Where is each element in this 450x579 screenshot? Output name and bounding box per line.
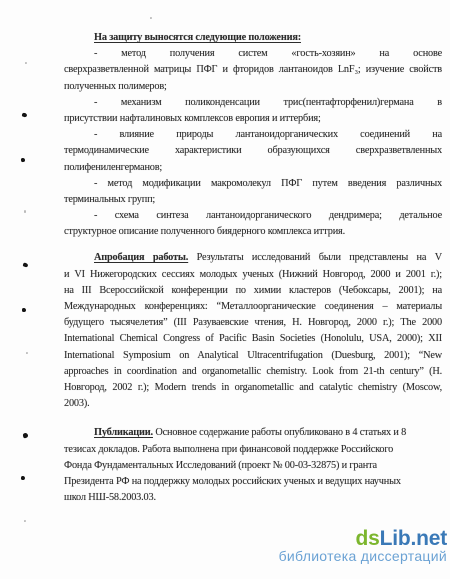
thesis-3-line: полифениленгерманов; — [64, 160, 442, 176]
approbation-line: и VI Нижегородских сессиях молодых учены… — [64, 267, 442, 283]
dslib-watermark: dsLib.net библиотека диссертаций — [279, 528, 447, 564]
publications-line: тезисах докладов. Работа выполнена при ф… — [64, 442, 442, 458]
thesis-5-line: структурное описание полученного биядерн… — [64, 224, 442, 240]
publications-text: Основное содержание работы опубликовано … — [153, 427, 406, 438]
approbation-line: 2003). — [64, 396, 442, 412]
thesis-1-line: сверхразветвленной матрицы ПФГ и фторидо… — [64, 62, 442, 78]
approbation-line: будущего тысячелетия” (III Разуваевские … — [64, 315, 442, 331]
thesis-4-line: - метод модификации макромолекул ПФГ пут… — [64, 176, 442, 192]
approbation-line: на III Всероссийской конференции по хими… — [64, 283, 442, 299]
publications-line: Фонда Фундаментальных Исследований (прое… — [64, 458, 442, 474]
thesis-2-line: - механизм поликонденсации трис(пентафто… — [64, 95, 442, 111]
paragraph-gap — [64, 412, 442, 425]
approbation-text: Результаты исследований были представлен… — [188, 252, 442, 263]
scan-speck — [25, 62, 27, 64]
page-text-block: На защиту выносятся следующие положения:… — [64, 30, 442, 506]
approbation-line: Международных конференциях: “Металлоорга… — [64, 299, 442, 315]
scan-speck — [21, 158, 26, 163]
approbation-line: International Chemical Congress of Pacif… — [64, 331, 442, 347]
approbation-heading: Апробация работы. — [94, 252, 188, 263]
scan-speck — [22, 112, 28, 117]
thesis-5-line: - схема синтеза лантаноидорганического д… — [64, 208, 442, 224]
approbation-line: approaches in coordination and organomet… — [64, 364, 442, 380]
defense-statements-heading: На защиту выносятся следующие положения: — [64, 30, 442, 46]
scanned-dissertation-page: На защиту выносятся следующие положения:… — [0, 0, 450, 579]
thesis-3-line: термодинамические характеристики образую… — [64, 143, 442, 159]
scan-speck — [23, 433, 29, 439]
thesis-3-line: - влияние природы лантаноидорганических … — [64, 127, 442, 143]
scan-speck — [24, 520, 26, 522]
dslib-subtitle: библиотека диссертаций — [279, 549, 447, 564]
thesis-1-line: - метод получения систем «гость-хозяин» … — [64, 46, 442, 62]
thesis-1-line: полученных полимеров; — [64, 79, 442, 95]
paragraph-gap — [64, 240, 442, 250]
thesis-2-line: присутствии нафталиновых комплексов евро… — [64, 111, 442, 127]
scan-speck — [22, 262, 28, 267]
publications-first-line: Публикации. Основное содержание работы о… — [64, 425, 442, 441]
publications-line: школ НШ-58.2003.03. — [64, 490, 442, 506]
approbation-line: Новгород, 2002 г.); Modern trends in org… — [64, 380, 442, 396]
dslib-logo-rest: Lib.net — [380, 527, 447, 550]
scan-speck — [24, 210, 26, 213]
dslib-logo: dsLib.net — [279, 528, 447, 549]
defense-statements-heading-text: На защиту выносятся следующие положения: — [94, 32, 301, 43]
thesis-4-line: терминальных групп; — [64, 192, 442, 208]
approbation-first-line: Апробация работы. Результаты исследовани… — [64, 250, 442, 266]
scan-speck — [22, 308, 26, 312]
scan-speck — [150, 17, 152, 19]
approbation-line: International Symposium on Analytical Ul… — [64, 348, 442, 364]
dslib-logo-ds: ds — [355, 527, 379, 550]
scan-speck — [26, 352, 28, 354]
scan-speck — [21, 476, 25, 480]
publications-line: Президента РФ на поддержку молодых росси… — [64, 474, 442, 490]
publications-heading: Публикации. — [94, 427, 153, 438]
